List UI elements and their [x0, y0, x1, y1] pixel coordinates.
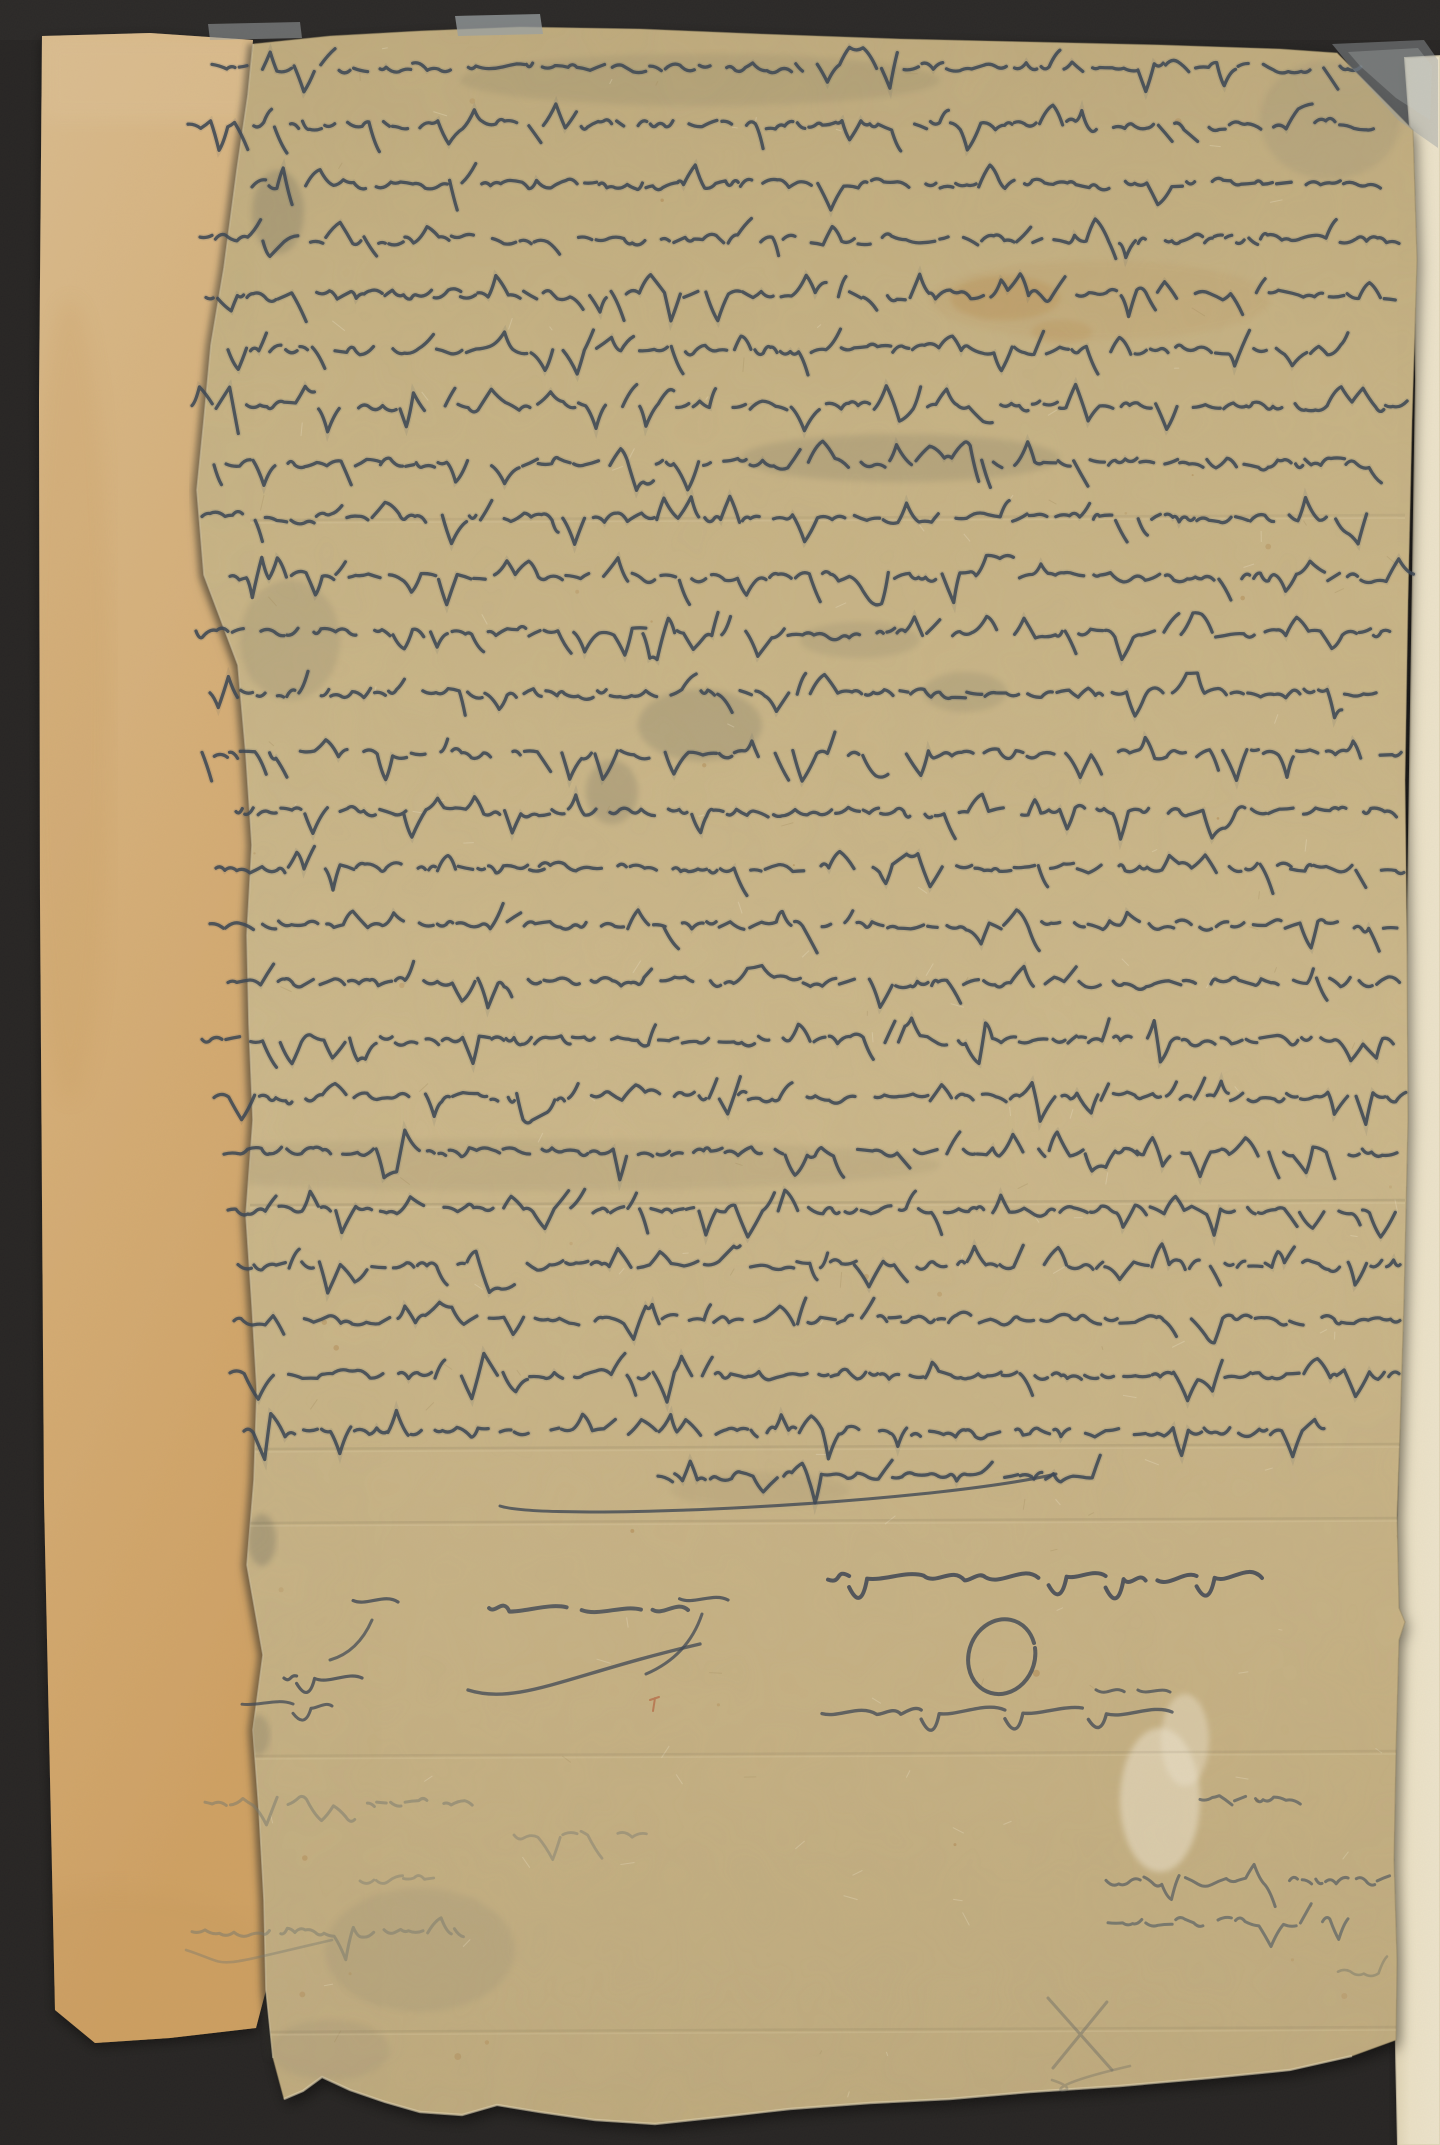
film-grain-overlay	[0, 0, 1440, 2145]
manuscript-scan	[0, 0, 1440, 2145]
manuscript-photograph: Aged tan paper leaf densely written in d…	[0, 0, 1440, 2145]
